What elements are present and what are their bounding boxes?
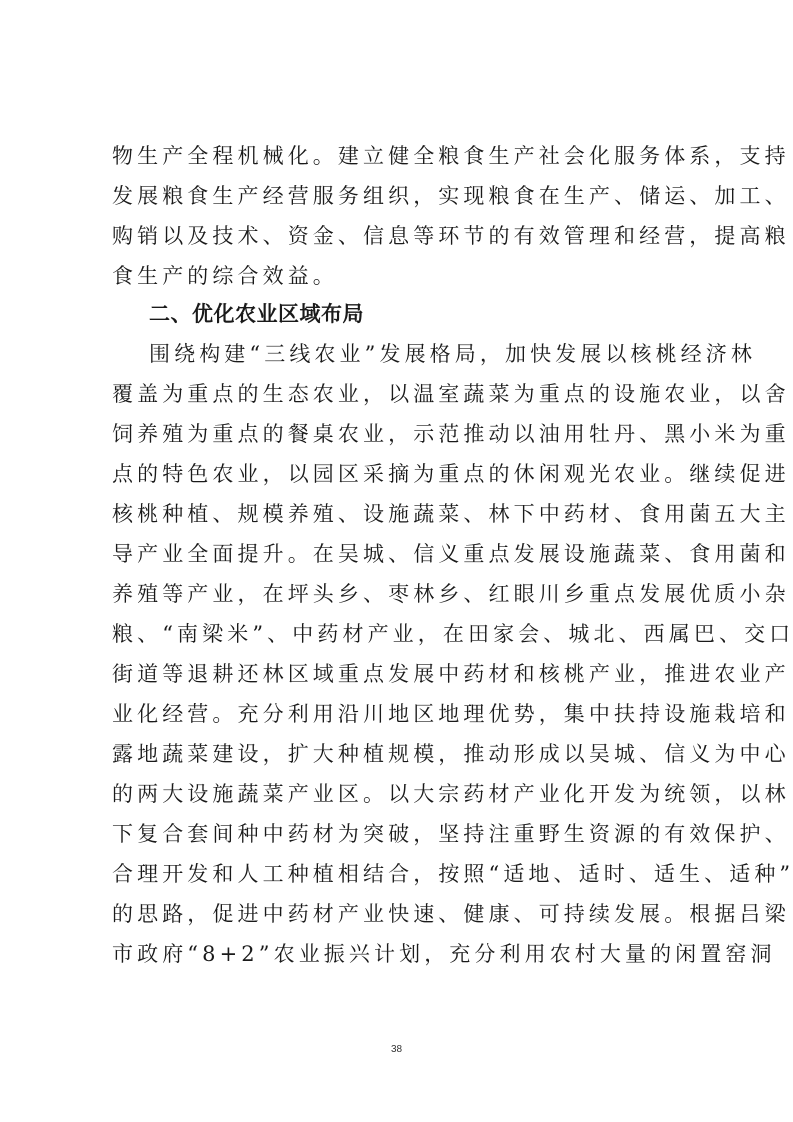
body-text-line: 导产业全面提升。在吴城、信义重点发展设施蔬菜、食用菌和 (112, 542, 682, 566)
body-text-line: 的两大设施蔬菜产业区。以大宗药材产业化开发为统领，以林 (112, 782, 682, 806)
body-text-line: 食生产的综合效益。 (112, 264, 682, 288)
body-text-line: 点的特色农业，以园区采摘为重点的休闲观光农业。继续促进 (112, 462, 682, 486)
body-text-line: 物生产全程机械化。建立健全粮食生产社会化服务体系，支持 (112, 144, 682, 168)
body-text-line: 的思路，促进中药材产业快速、健康、可持续发展。根据吕梁 (112, 902, 682, 926)
body-text-line: 市政府“8+2”农业振兴计划，充分利用农村大量的闲置窑洞 (112, 942, 682, 966)
body-text-line: 合理开发和人工种植相结合，按照“适地、适时、适生、适种” (112, 862, 682, 886)
body-text-line: 露地蔬菜建设，扩大种植规模，推动形成以吴城、信义为中心 (112, 742, 682, 766)
body-text-line: 养殖等产业，在坪头乡、枣林乡、红眼川乡重点发展优质小杂 (112, 582, 682, 606)
body-text-line: 下复合套间种中药材为突破，坚持注重野生资源的有效保护、 (112, 822, 682, 846)
body-text-line: 购销以及技术、资金、信息等环节的有效管理和经营，提高粮 (112, 224, 682, 248)
page-number: 38 (0, 1044, 793, 1055)
body-text-line: 街道等退耕还林区域重点发展中药材和核桃产业，推进农业产 (112, 662, 682, 686)
body-text-line: 业化经营。充分利用沿川地区地理优势，集中扶持设施栽培和 (112, 702, 682, 726)
body-text-line: 发展粮食生产经营服务组织，实现粮食在生产、储运、加工、 (112, 184, 682, 208)
body-text-line: 饲养殖为重点的餐桌农业，示范推动以油用牡丹、黑小米为重 (112, 422, 682, 446)
body-text-line: 核桃种植、规模养殖、设施蔬菜、林下中药材、食用菌五大主 (112, 502, 682, 526)
body-text-line: 粮、“南梁米”、中药材产业，在田家会、城北、西属巴、交口 (112, 622, 682, 646)
section-heading: 二、优化农业区域布局 (149, 302, 364, 326)
body-text-line: 围绕构建“三线农业”发展格局，加快发展以核桃经济林 (149, 342, 719, 366)
body-text-line: 覆盖为重点的生态农业，以温室蔬菜为重点的设施农业，以舍 (112, 382, 682, 406)
